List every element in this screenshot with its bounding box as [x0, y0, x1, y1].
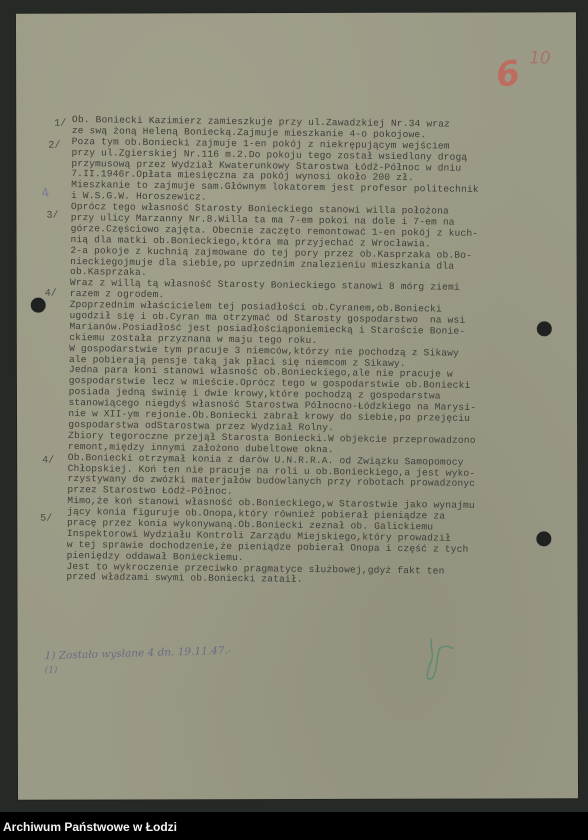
margin-number-4a: 4/ [45, 289, 57, 300]
typewritten-body: Ob. Boniecki Kazimierz zamieszkuje przy … [66, 115, 562, 589]
margin-number-1: 1/ [54, 119, 66, 130]
margin-number-5: 5/ [40, 514, 52, 525]
margin-number-3: 3/ [46, 211, 58, 222]
signature-initials [418, 635, 458, 685]
margin-number-2: 2/ [48, 141, 60, 152]
scan-background: 6 10 1/ 2/ 3/ 4/ 4/ 5/ 4 1) Zostało wysł… [0, 0, 588, 812]
margin-number-4b: 4/ [42, 456, 54, 467]
handwritten-note: 1) Zostało wysłane 4 dn. 19.11.47.- [45, 645, 232, 662]
folio-number: 6 [493, 53, 522, 96]
margin-pencil-mark: 4 [40, 185, 50, 200]
punch-hole-left [31, 298, 46, 313]
handwritten-note-index: (1) [45, 666, 58, 676]
archive-caption: Archiwum Państwowe w Łodzi [3, 820, 177, 834]
folio-secondary-number: 10 [529, 48, 551, 68]
